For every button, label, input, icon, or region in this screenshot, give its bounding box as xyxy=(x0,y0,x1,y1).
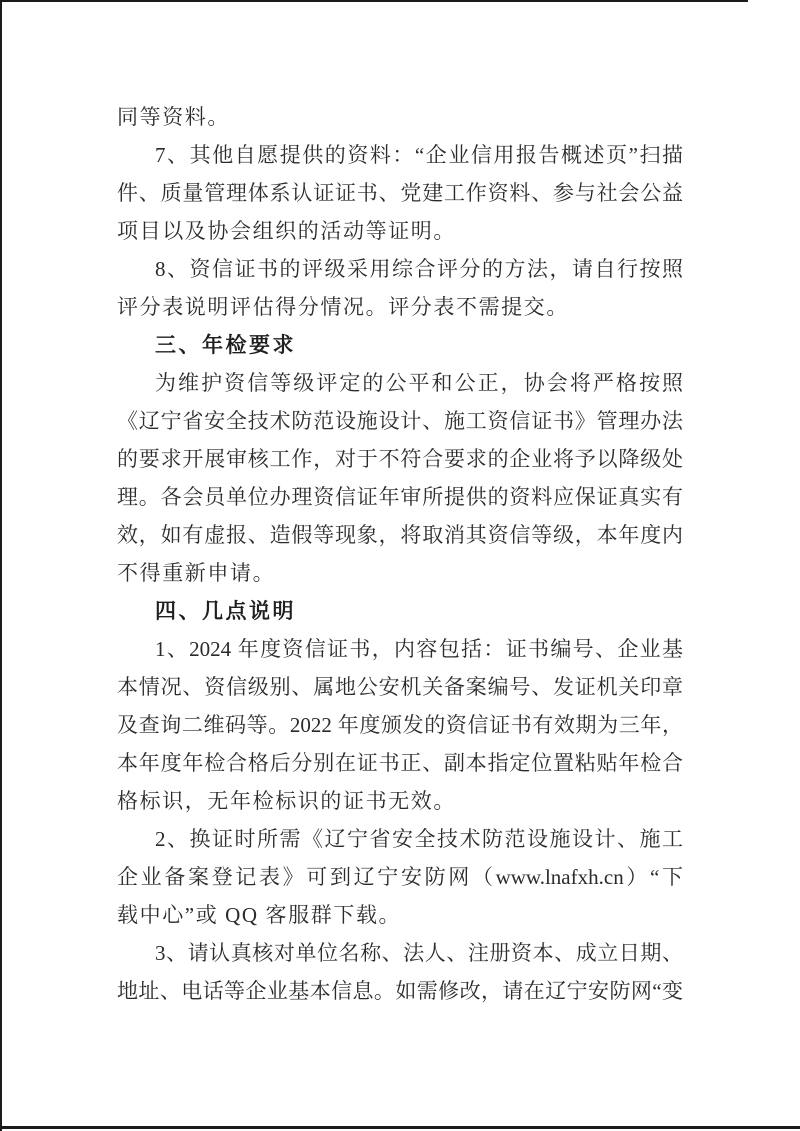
text-line: 8、资信证书的评级采用综合评分的方法，请自行按照 xyxy=(117,250,683,288)
text-line: 为维护资信等级评定的公平和公正，协会将严格按照 xyxy=(117,364,683,402)
text-line: 效，如有虚报、造假等现象，将取消其资信等级，本年度内 xyxy=(117,516,683,554)
text-line: 的要求开展审核工作，对于不符合要求的企业将予以降级处 xyxy=(117,440,683,478)
text-line: 本年度年检合格后分别在证书正、副本指定位置粘贴年检合 xyxy=(117,744,683,782)
scan-edge-bottom xyxy=(0,1126,800,1129)
text-line: 本情况、资信级别、属地公安机关备案编号、发证机关印章 xyxy=(117,668,683,706)
document-page: 同等资料。 7、其他自愿提供的资料：“企业信用报告概述页”扫描 件、质量管理体系… xyxy=(0,0,800,1131)
text-line: 不得重新申请。 xyxy=(117,554,683,592)
text-line: 项目以及协会组织的活动等证明。 xyxy=(117,212,683,250)
text-line: 载中心”或 QQ 客服群下载。 xyxy=(117,896,683,934)
text-line: 1、2024 年度资信证书，内容包括：证书编号、企业基 xyxy=(117,630,683,668)
text-line: 2、换证时所需《辽宁省安全技术防范设施设计、施工 xyxy=(117,820,683,858)
text-line: 《辽宁省安全技术防范设施设计、施工资信证书》管理办法 xyxy=(117,402,683,440)
text-line: 及查询二维码等。2022 年度颁发的资信证书有效期为三年， xyxy=(117,706,683,744)
section-heading: 三、年检要求 xyxy=(117,326,683,364)
section-heading: 四、几点说明 xyxy=(117,592,683,630)
text-line: 评分表说明评估得分情况。评分表不需提交。 xyxy=(117,288,683,326)
text-line: 格标识，无年检标识的证书无效。 xyxy=(117,782,683,820)
text-line: 企业备案登记表》可到辽宁安防网（www.lnafxh.cn）“下 xyxy=(117,858,683,896)
text-line: 件、质量管理体系认证证书、党建工作资料、参与社会公益 xyxy=(117,174,683,212)
document-body: 同等资料。 7、其他自愿提供的资料：“企业信用报告概述页”扫描 件、质量管理体系… xyxy=(117,98,683,1010)
text-line: 3、请认真核对单位名称、法人、注册资本、成立日期、 xyxy=(117,934,683,972)
text-line: 同等资料。 xyxy=(117,98,683,136)
text-line: 7、其他自愿提供的资料：“企业信用报告概述页”扫描 xyxy=(117,136,683,174)
text-line: 理。各会员单位办理资信证年审所提供的资料应保证真实有 xyxy=(117,478,683,516)
text-line: 地址、电话等企业基本信息。如需修改，请在辽宁安防网“变 xyxy=(117,972,683,1010)
scan-edge-top xyxy=(0,0,748,2)
scan-edge-left xyxy=(0,0,2,1131)
